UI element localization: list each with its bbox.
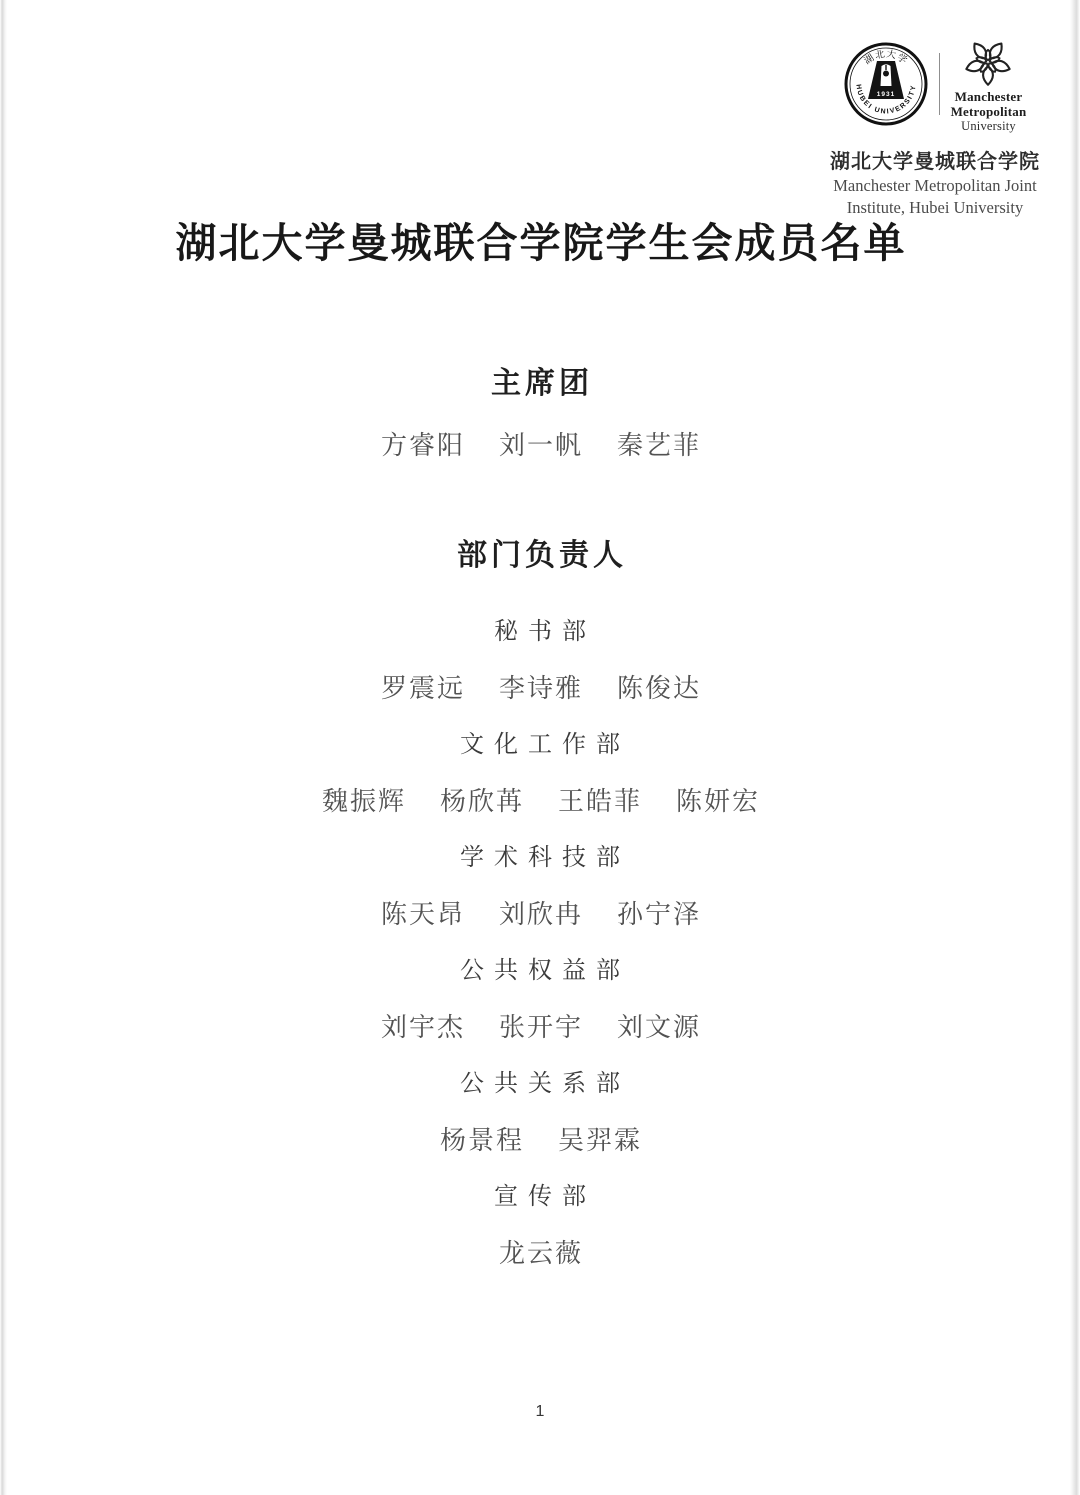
member-name: 王皓菲 bbox=[556, 784, 642, 820]
logo-row: 湖北大学 1931 HUBEI UNIVERSITY bbox=[824, 34, 1046, 134]
institute-name-en-line2: Institute, Hubei University bbox=[824, 197, 1046, 218]
member-name: 陈妍宏 bbox=[674, 784, 760, 820]
member-name: 张开宇 bbox=[497, 1010, 583, 1046]
department-name: 公共关系部 bbox=[0, 1067, 1080, 1101]
department-members: 罗震远李诗雅陈俊达 bbox=[0, 671, 1080, 707]
departments-heading: 部门负责人 bbox=[0, 536, 1080, 576]
mmu-logo: Manchester Metropolitan University bbox=[951, 34, 1027, 134]
member-name: 方睿阳 bbox=[379, 428, 465, 464]
presidium-members: 方睿阳刘一帆秦艺菲 bbox=[0, 428, 1080, 464]
department-members: 陈天昂刘欣冉孙宁泽 bbox=[0, 897, 1080, 933]
department-block: 秘书部罗震远李诗雅陈俊达 bbox=[0, 615, 1080, 707]
department-block: 宣传部龙云薇 bbox=[0, 1180, 1080, 1272]
member-name: 龙云薇 bbox=[497, 1236, 583, 1272]
member-name: 刘欣冉 bbox=[497, 897, 583, 933]
institute-name-cn: 湖北大学曼城联合学院 bbox=[824, 145, 1046, 174]
page-number: 1 bbox=[0, 1403, 1080, 1421]
department-name: 宣传部 bbox=[0, 1180, 1080, 1214]
department-name: 公共权益部 bbox=[0, 954, 1080, 988]
seal-year-text: 1931 bbox=[876, 91, 894, 98]
page-title: 湖北大学曼城联合学院学生会成员名单 bbox=[0, 217, 1080, 269]
mmu-name-line3: University bbox=[961, 119, 1016, 134]
departments: 秘书部罗震远李诗雅陈俊达文化工作部魏振辉杨欣苒王皓菲陈妍宏学术科技部陈天昂刘欣冉… bbox=[0, 615, 1080, 1272]
institute-name-en-line1: Manchester Metropolitan Joint bbox=[824, 175, 1046, 196]
department-name: 文化工作部 bbox=[0, 728, 1080, 762]
department-members: 龙云薇 bbox=[0, 1236, 1080, 1272]
member-name: 罗震远 bbox=[379, 671, 465, 707]
member-name: 秦艺菲 bbox=[615, 428, 701, 464]
document-page: 湖北大学 1931 HUBEI UNIVERSITY bbox=[0, 0, 1080, 1495]
logo-divider bbox=[939, 53, 940, 115]
mmu-rose-icon bbox=[959, 34, 1017, 90]
member-name: 刘宇杰 bbox=[379, 1010, 465, 1046]
department-name: 秘书部 bbox=[0, 615, 1080, 649]
mmu-name-line2: Metropolitan bbox=[951, 105, 1027, 120]
department-members: 刘宇杰张开宇刘文源 bbox=[0, 1010, 1080, 1046]
member-list: 主席团 方睿阳刘一帆秦艺菲 部门负责人 秘书部罗震远李诗雅陈俊达文化工作部魏振辉… bbox=[0, 364, 1080, 1293]
department-block: 公共关系部杨景程吴羿霖 bbox=[0, 1067, 1080, 1159]
department-members: 杨景程吴羿霖 bbox=[0, 1123, 1080, 1159]
department-block: 公共权益部刘宇杰张开宇刘文源 bbox=[0, 954, 1080, 1046]
member-name: 杨欣苒 bbox=[438, 784, 524, 820]
member-name: 刘一帆 bbox=[497, 428, 583, 464]
hubei-university-seal-icon: 湖北大学 1931 HUBEI UNIVERSITY bbox=[844, 42, 928, 126]
member-name: 陈俊达 bbox=[615, 671, 701, 707]
member-name: 吴羿霖 bbox=[556, 1123, 642, 1159]
member-name: 李诗雅 bbox=[497, 671, 583, 707]
mmu-name-line1: Manchester bbox=[955, 90, 1023, 105]
department-members: 魏振辉杨欣苒王皓菲陈妍宏 bbox=[0, 784, 1080, 820]
member-name: 杨景程 bbox=[438, 1123, 524, 1159]
department-block: 学术科技部陈天昂刘欣冉孙宁泽 bbox=[0, 841, 1080, 933]
department-block: 文化工作部魏振辉杨欣苒王皓菲陈妍宏 bbox=[0, 728, 1080, 820]
member-name: 魏振辉 bbox=[320, 784, 406, 820]
member-name: 陈天昂 bbox=[379, 897, 465, 933]
member-name: 孙宁泽 bbox=[615, 897, 701, 933]
presidium-heading: 主席团 bbox=[0, 364, 1080, 404]
department-name: 学术科技部 bbox=[0, 841, 1080, 875]
member-name: 刘文源 bbox=[615, 1010, 701, 1046]
letterhead: 湖北大学 1931 HUBEI UNIVERSITY bbox=[824, 34, 1046, 218]
